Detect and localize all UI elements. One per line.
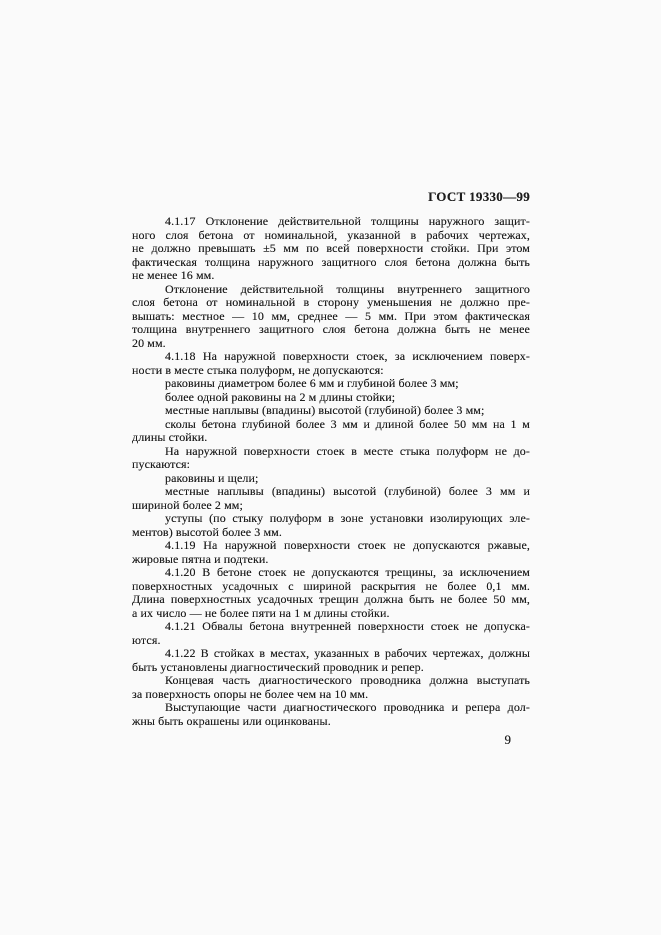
text-line: слоя бетона от номинальной в сторону уме… <box>132 296 530 310</box>
text-line: сколы бетона глубиной более 3 мм и длино… <box>132 418 530 432</box>
text-line: ментов) высотой более 3 мм. <box>132 526 530 540</box>
text-line: ности в месте стыка полуформ, не допуска… <box>132 364 530 378</box>
text-line: Длина поверхностных усадочных трещин дол… <box>132 593 530 607</box>
text-line: ются. <box>132 634 530 648</box>
text-line: местные наплывы (впадины) высотой (глуби… <box>132 404 530 418</box>
text-line: Выступающие части диагностического прово… <box>132 701 530 715</box>
text-line: 4.1.18 На наружной поверхности стоек, за… <box>132 350 530 364</box>
body-text: 4.1.17 Отклонение действительной толщины… <box>132 215 530 728</box>
text-column: ГОСТ 19330—99 4.1.17 Отклонение действит… <box>132 190 530 747</box>
text-line: раковины диаметром более 6 мм и глубиной… <box>132 377 530 391</box>
text-line: Отклонение действительной толщины внутре… <box>132 283 530 297</box>
text-line: На наружной поверхности стоек в месте ст… <box>132 445 530 459</box>
text-line: быть установлены диагностический проводн… <box>132 661 530 675</box>
text-line: вышать: местное — 10 мм, среднее — 5 мм.… <box>132 310 530 324</box>
running-header: ГОСТ 19330—99 <box>132 190 530 204</box>
text-line: 4.1.22 В стойках в местах, указанных в р… <box>132 647 530 661</box>
text-line: 4.1.20 В бетоне стоек не допускаются тре… <box>132 566 530 580</box>
text-line: уступы (по стыку полуформ в зоне установ… <box>132 512 530 526</box>
text-line: поверхностных усадочных с шириной раскры… <box>132 580 530 594</box>
text-line: фактическая толщина наружного защитного … <box>132 256 530 270</box>
text-line: толщина внутреннего защитного слоя бетон… <box>132 323 530 337</box>
text-line: не менее 16 мм. <box>132 269 530 283</box>
text-line: 4.1.19 На наружной поверхности стоек не … <box>132 539 530 553</box>
text-line: раковины и щели; <box>132 472 530 486</box>
text-line: 4.1.17 Отклонение действительной толщины… <box>132 215 530 229</box>
text-line: а их число — не более пяти на 1 м длины … <box>132 607 530 621</box>
page-number: 9 <box>132 733 530 747</box>
text-line: 4.1.21 Обвалы бетона внутренней поверхно… <box>132 620 530 634</box>
text-line: более одной раковины на 2 м длины стойки… <box>132 391 530 405</box>
text-line: пускаются: <box>132 458 530 472</box>
document-page: ГОСТ 19330—99 4.1.17 Отклонение действит… <box>0 0 661 935</box>
text-line: 20 мм. <box>132 337 530 351</box>
text-line: шириной более 2 мм; <box>132 499 530 513</box>
text-line: длины стойки. <box>132 431 530 445</box>
text-line: жны быть окрашены или оцинкованы. <box>132 715 530 729</box>
text-line: Концевая часть диагностического проводни… <box>132 674 530 688</box>
text-line: за поверхность опоры не более чем на 10 … <box>132 688 530 702</box>
text-line: жировые пятна и подтеки. <box>132 553 530 567</box>
text-line: ного слоя бетона от номинальной, указанн… <box>132 229 530 243</box>
text-line: местные наплывы (впадины) высотой (глуби… <box>132 485 530 499</box>
text-line: не должно превышать ±5 мм по всей поверх… <box>132 242 530 256</box>
